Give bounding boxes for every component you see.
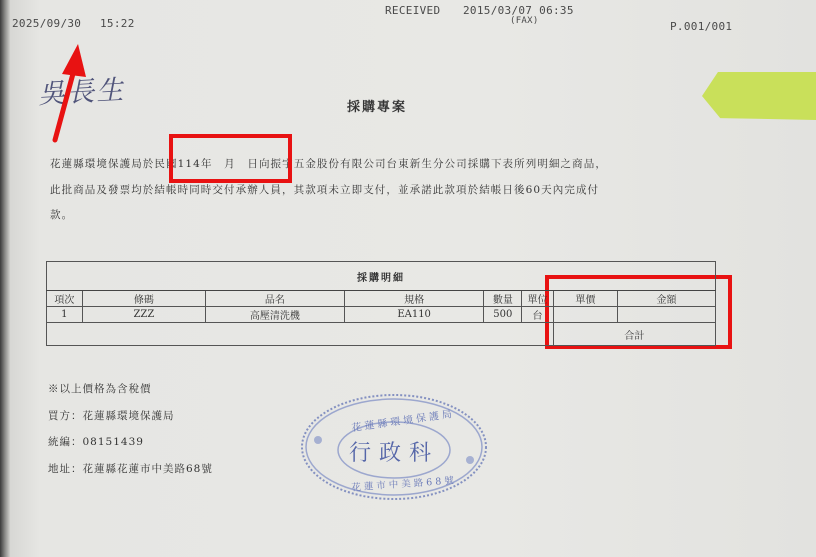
seal-center-text: 行政科	[336, 436, 452, 467]
total-label: 合計	[553, 323, 715, 346]
cell-barcode: ZZZ	[82, 307, 205, 323]
header-unit: 單位	[522, 291, 554, 307]
paragraph-line-1: 花蓮縣環境保護局於民國114年 月 日向振宇五金股份有限公司台東新生分公司採購下…	[50, 156, 607, 171]
fax-page-number: P.001/001	[670, 20, 732, 33]
table-header-row: 項次 條碼 品名 規格 數量 單位 單價 金額	[47, 291, 716, 307]
header-amount: 金額	[618, 291, 716, 307]
cell-unit-price	[553, 307, 617, 323]
header-barcode: 條碼	[82, 291, 205, 307]
paragraph-line-3: 款。	[50, 207, 73, 222]
table-row: 1 ZZZ 高壓清洗機 EA110 500 台	[47, 307, 716, 323]
table-caption: 採購明細	[47, 262, 716, 291]
buyer-info: 買方：花蓮縣環境保護局	[48, 408, 175, 423]
header-spec: 規格	[344, 291, 484, 307]
fax-label: (FAX)	[510, 16, 539, 26]
header-unit-price: 單價	[553, 291, 617, 307]
cell-item-no: 1	[47, 307, 83, 323]
official-seal-stamp: 花蓮縣環境保護局 行政科 花蓮市中美路68號	[298, 392, 490, 502]
cell-name: 高壓清洗機	[206, 307, 345, 323]
cell-amount	[618, 307, 716, 323]
date-highlight-box	[169, 134, 292, 183]
page-edge-shadow	[0, 0, 10, 557]
address-info: 地址：花蓮縣花蓮市中美路68號	[48, 461, 213, 476]
green-sticky-tab	[702, 72, 816, 120]
cell-spec: EA110	[344, 307, 484, 323]
red-arrow-annotation-icon	[40, 40, 100, 150]
fax-sent-date: 2025/09/30	[12, 17, 81, 30]
cell-qty: 500	[484, 307, 522, 323]
total-empty-cell	[47, 323, 554, 346]
tax-id-info: 統編：08151439	[48, 434, 144, 449]
header-qty: 數量	[484, 291, 522, 307]
fax-received-label: RECEIVED	[385, 4, 440, 17]
fax-sent-time: 15:22	[100, 17, 135, 30]
tax-note: ※以上價格為含稅價	[48, 381, 152, 396]
document-title: 採購專案	[347, 96, 407, 115]
header-name: 品名	[206, 291, 345, 307]
purchase-detail-table: 採購明細 項次 條碼 品名 規格 數量 單位 單價 金額 1 ZZZ 高壓清洗機…	[46, 261, 716, 346]
table-total-row: 合計	[47, 323, 716, 346]
cell-unit: 台	[522, 307, 554, 323]
paragraph-line-2: 此批商品及發票均於結帳時同時交付承辦人員，其款項未立即支付，並承諾此款項於結帳日…	[50, 182, 599, 197]
header-item-no: 項次	[47, 291, 83, 307]
